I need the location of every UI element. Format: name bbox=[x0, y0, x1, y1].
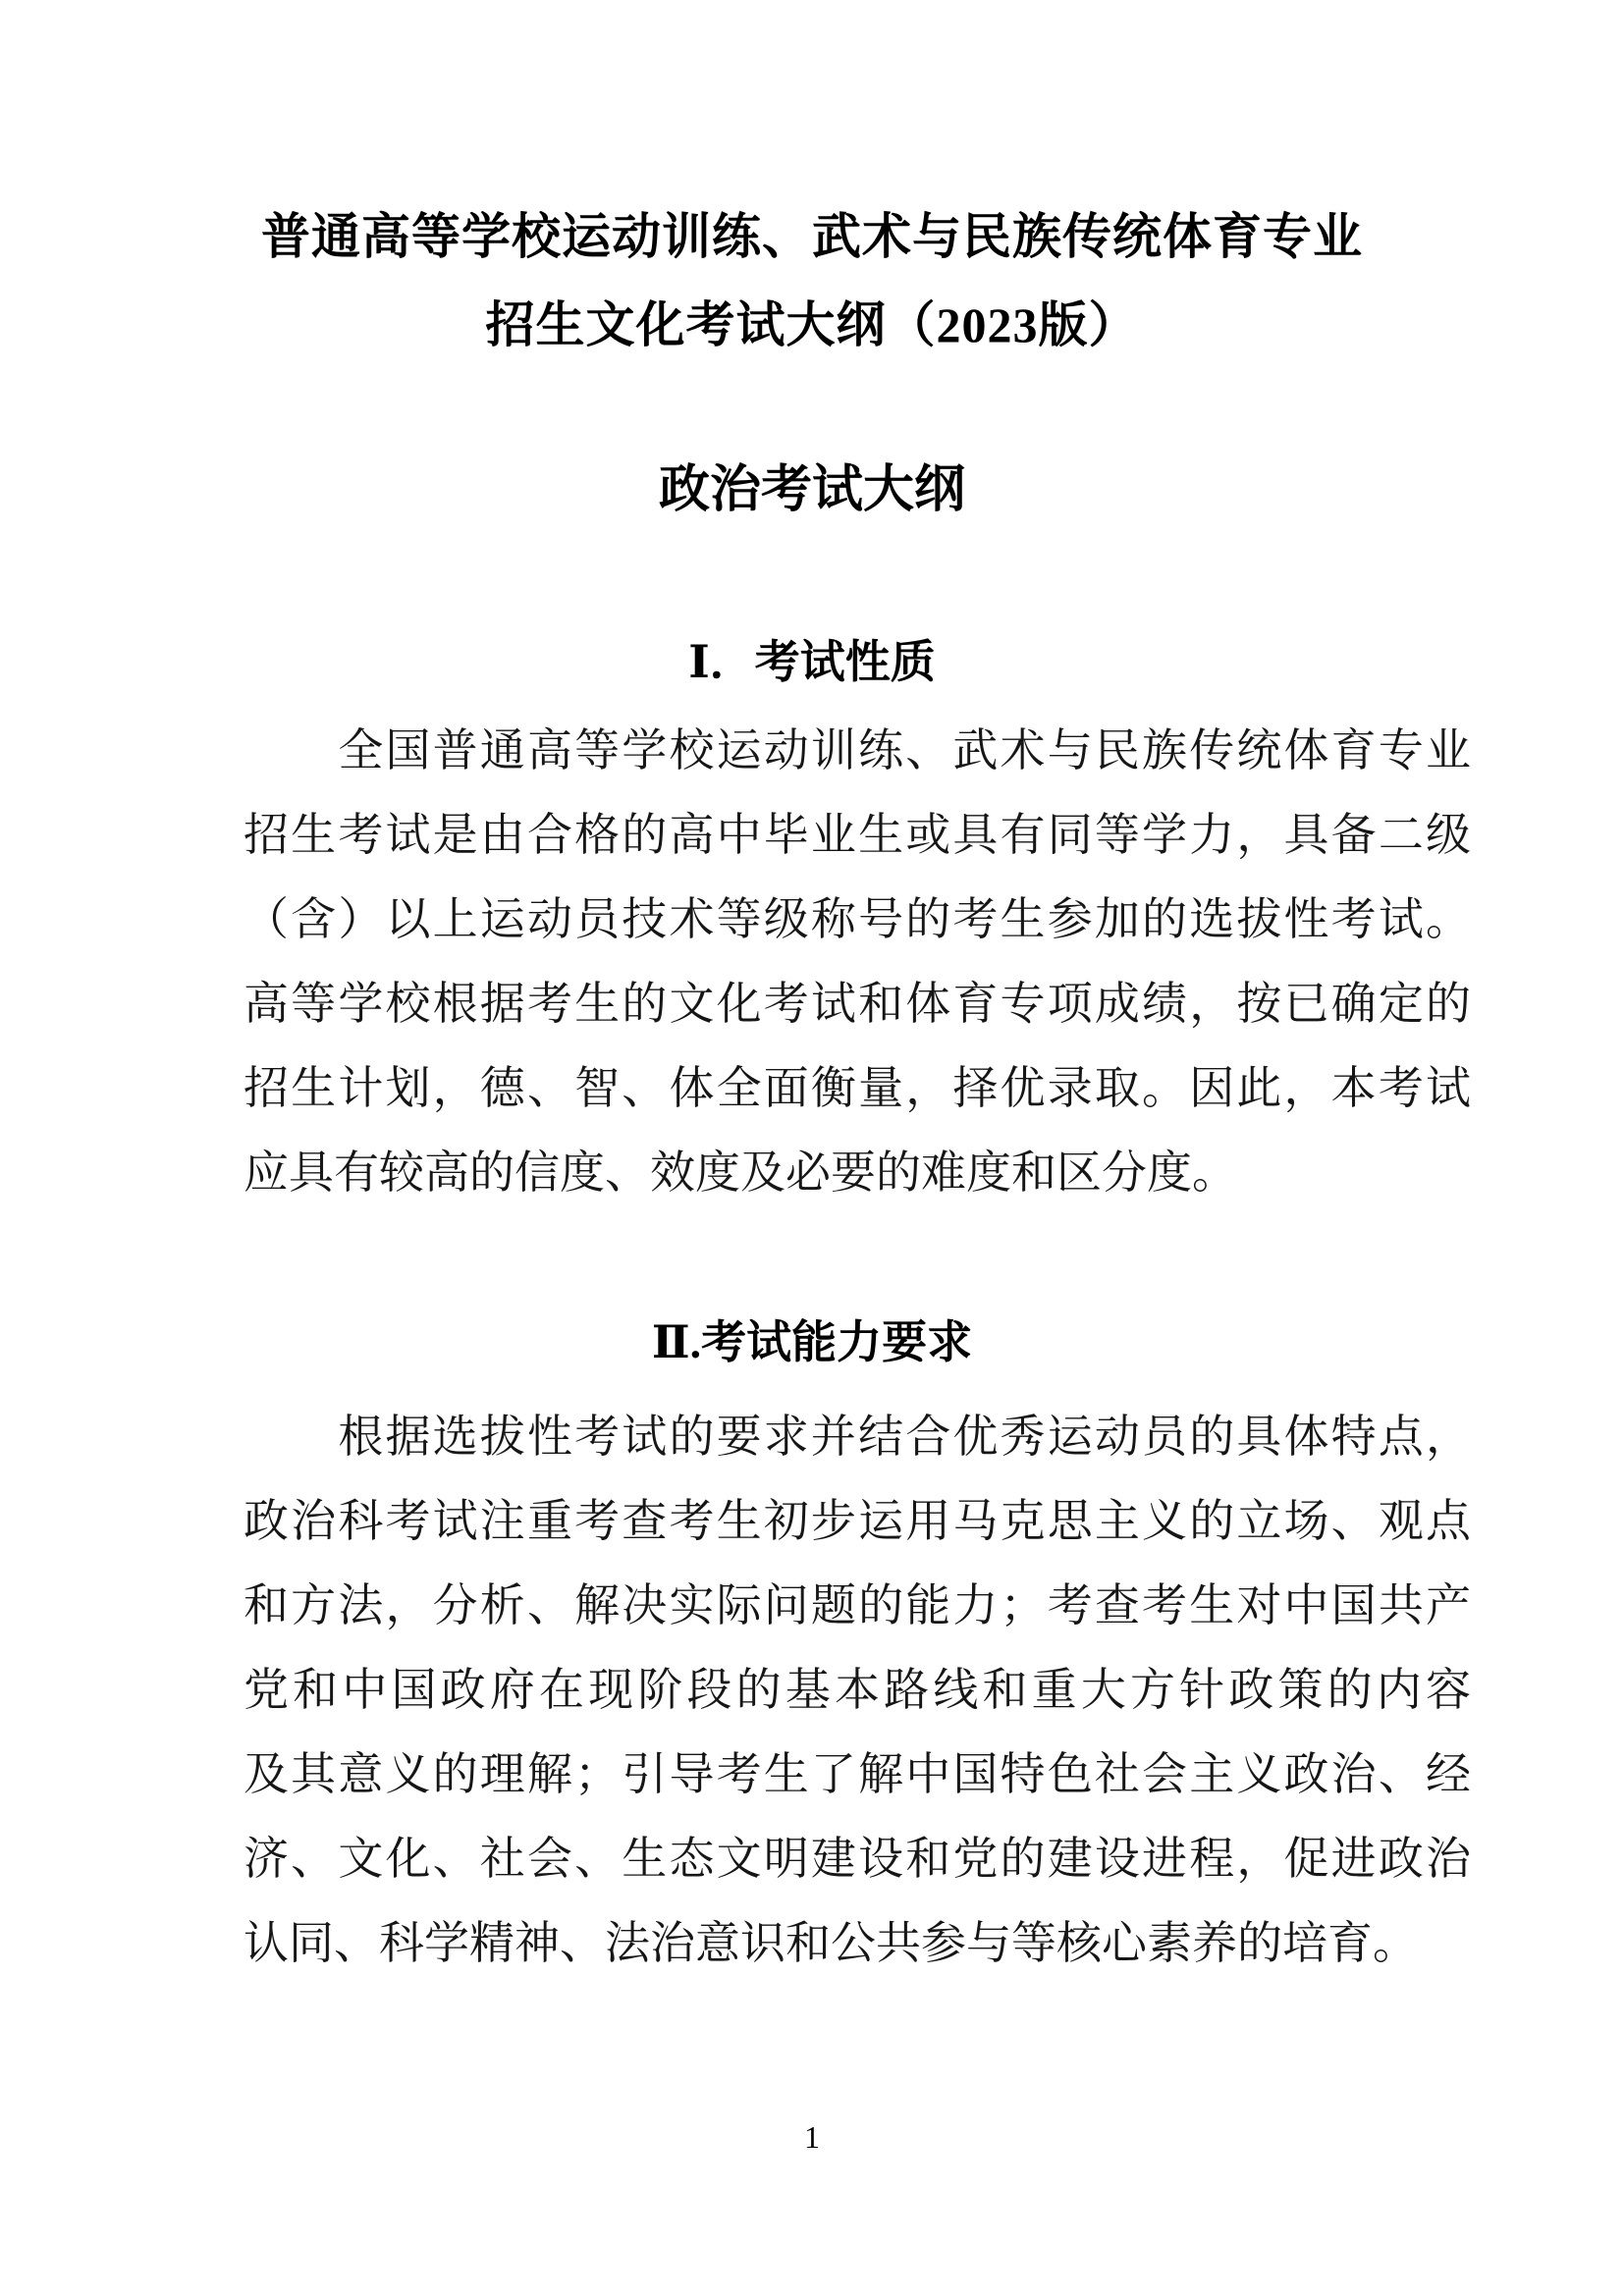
document-title-line-1: 普通高等学校运动训练、武术与民族传统体育专业 bbox=[0, 192, 1624, 281]
paragraph-line: （含）以上运动员技术等级称号的考生参加的选拔性考试。 bbox=[244, 878, 1471, 962]
paragraph-line: 招生计划，德、智、体全面衡量，择优录取。因此，本考试 bbox=[244, 1046, 1471, 1131]
paragraph-line: 高等学校根据考生的文化考试和体育专项成绩，按已确定的 bbox=[244, 962, 1471, 1046]
paragraph-line: 根据选拔性考试的要求并结合优秀运动员的具体特点， bbox=[244, 1395, 1471, 1479]
section-2-heading: Ⅱ.考试能力要求 bbox=[0, 1301, 1624, 1385]
document-subtitle: 政治考试大纲 bbox=[0, 447, 1624, 535]
paragraph-line: 和方法，分析、解决实际问题的能力；考查考生对中国共产 bbox=[244, 1564, 1471, 1648]
section-1-paragraph: 全国普通高等学校运动训练、武术与民族传统体育专业招生考试是由合格的高中毕业生或具… bbox=[244, 709, 1471, 1215]
paragraph-line: 全国普通高等学校运动训练、武术与民族传统体育专业 bbox=[244, 709, 1471, 793]
paragraph-line: 应具有较高的信度、效度及必要的难度和区分度。 bbox=[244, 1131, 1471, 1215]
section-2-paragraph: 根据选拔性考试的要求并结合优秀运动员的具体特点，政治科考试注重考查考生初步运用马… bbox=[244, 1395, 1471, 1986]
document-title-line-2: 招生文化考试大纲（2023版） bbox=[0, 281, 1624, 369]
document-title: 普通高等学校运动训练、武术与民族传统体育专业 招生文化考试大纲（2023版） bbox=[0, 192, 1624, 369]
paragraph-line: 招生考试是由合格的高中毕业生或具有同等学力，具备二级 bbox=[244, 793, 1471, 878]
paragraph-line: 济、文化、社会、生态文明建设和党的建设进程，促进政治 bbox=[244, 1817, 1471, 1901]
paragraph-line: 政治科考试注重考查考生初步运用马克思主义的立场、观点 bbox=[244, 1479, 1471, 1564]
paragraph-line: 及其意义的理解；引导考生了解中国特色社会主义政治、经 bbox=[244, 1733, 1471, 1817]
document-page: 普通高等学校运动训练、武术与民族传统体育专业 招生文化考试大纲（2023版） 政… bbox=[0, 0, 1624, 2296]
paragraph-line: 认同、科学精神、法治意识和公共参与等核心素养的培育。 bbox=[244, 1901, 1471, 1986]
paragraph-line: 党和中国政府在现阶段的基本路线和重大方针政策的内容 bbox=[244, 1648, 1471, 1733]
page-number: 1 bbox=[0, 2112, 1624, 2162]
section-1-heading: Ⅰ．考试性质 bbox=[0, 620, 1624, 705]
